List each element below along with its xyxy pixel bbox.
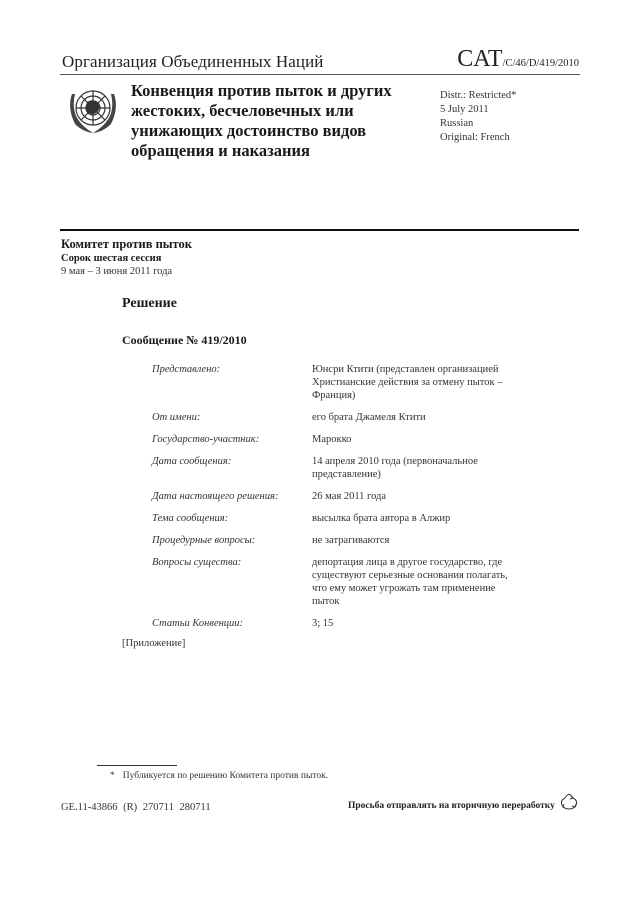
meta-label: Статьи Конвенции: [152, 617, 312, 630]
meta-value: высылка брата автора в Алжир [312, 512, 512, 525]
organization-name: Организация Объединенных Наций [62, 52, 324, 72]
meta-value: его брата Джамеля Ктити [312, 411, 512, 424]
meta-label: Процедурные вопросы: [152, 534, 312, 547]
masthead-rule [60, 229, 579, 231]
decision-heading: Решение [122, 296, 177, 312]
communication-number: Сообщение № 419/2010 [122, 333, 247, 348]
un-emblem-icon [63, 80, 123, 140]
symbol-main: CAT [457, 46, 502, 72]
decision-metadata: Представлено: Юнсри Ктити (представлен о… [152, 363, 532, 639]
footnote-text: Публикуется по решению Комитета против п… [123, 771, 328, 781]
meta-row-on-behalf-of: От имени: его брата Джамеля Ктити [152, 411, 532, 424]
meta-value: 3; 15 [312, 617, 512, 630]
meta-label: Государство-участник: [152, 433, 312, 446]
distribution-block: Distr.: Restricted* 5 July 2011 Russian … [440, 89, 516, 145]
meta-row-procedural-issues: Процедурные вопросы: не затрагиваются [152, 534, 532, 547]
footnote: *Публикуется по решению Комитета против … [110, 771, 328, 781]
meta-label: Дата настоящего решения: [152, 490, 312, 503]
meta-label: Дата сообщения: [152, 455, 312, 481]
distribution-original: Original: French [440, 131, 516, 145]
meta-value: 26 мая 2011 года [312, 490, 512, 503]
meta-value: Юнсри Ктити (представлен организацией Хр… [312, 363, 512, 402]
meta-row-substantive-issues: Вопросы существа: депортация лица в друг… [152, 556, 532, 608]
convention-title: Конвенция против пыток и других жестоких… [131, 81, 431, 161]
document-symbol: CAT/C/46/D/419/2010 [457, 46, 579, 73]
meta-label: Представлено: [152, 363, 312, 402]
meta-value: Марокко [312, 433, 512, 446]
footnote-rule [97, 765, 177, 766]
meta-row-subject-matter: Тема сообщения: высылка брата автора в А… [152, 512, 532, 525]
distribution-date: 5 July 2011 [440, 103, 516, 117]
recycle-icon [557, 789, 581, 813]
meta-label: От имени: [152, 411, 312, 424]
meta-value: не затрагиваются [312, 534, 512, 547]
distribution-language: Russian [440, 117, 516, 131]
meta-row-state-party: Государство-участник: Марокко [152, 433, 532, 446]
footnote-mark: * [110, 771, 115, 781]
meta-value: 14 апреля 2010 года (первоначальное пред… [312, 455, 512, 481]
meta-row-date-of-complaint: Дата сообщения: 14 апреля 2010 года (пер… [152, 455, 532, 481]
session-dates: 9 мая – 3 июня 2011 года [61, 266, 172, 277]
meta-row-submitted-by: Представлено: Юнсри Ктити (представлен о… [152, 363, 532, 402]
committee-name: Комитет против пыток [61, 237, 192, 252]
header-rule [60, 74, 580, 75]
meta-value: депортация лица в другое государство, гд… [312, 556, 512, 608]
meta-label: Вопросы существа: [152, 556, 312, 608]
meta-row-date-of-decision: Дата настоящего решения: 26 мая 2011 год… [152, 490, 532, 503]
symbol-suffix: /C/46/D/419/2010 [503, 58, 579, 69]
session-name: Сорок шестая сессия [61, 253, 161, 264]
recycle-text: Просьба отправлять на вторичную перерабо… [348, 801, 555, 811]
distribution-status: Distr.: Restricted* [440, 89, 516, 103]
meta-label: Тема сообщения: [152, 512, 312, 525]
annex-note: [Приложение] [122, 638, 185, 649]
job-number: GE.11-43866 (R) 270711 280711 [61, 802, 211, 813]
meta-row-articles: Статьи Конвенции: 3; 15 [152, 617, 532, 630]
